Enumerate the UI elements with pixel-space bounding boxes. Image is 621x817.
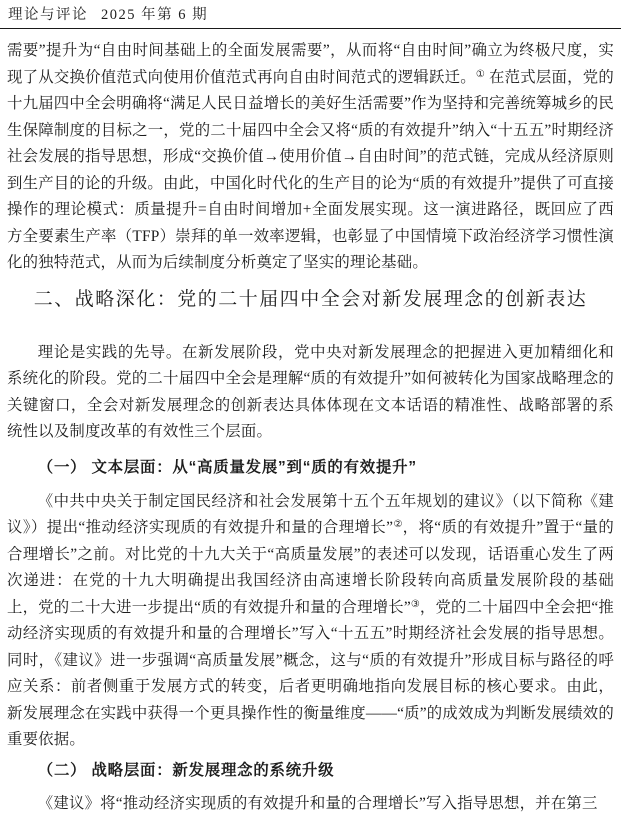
paragraph-4: 《建议》将“推动经济实现质的有效提升和量的合理增长”写入指导思想，并在第三 bbox=[7, 791, 614, 817]
paragraph-3-text-end: ，党的二十届四中全会把“推动经济实现质的有效提升和量的合理增长”写入“十五五”时… bbox=[7, 599, 614, 749]
journal-title: 理论与评论 bbox=[8, 7, 88, 23]
article-body: 需要”提升为“自由时间基础上的全面发展需要”，从而将“自由时间”确立为终极尺度，… bbox=[7, 38, 614, 817]
document-page: 理论与评论2025 年第 6 期 需要”提升为“自由时间基础上的全面发展需要”，… bbox=[0, 0, 621, 817]
footnote-marker-1: ① bbox=[476, 69, 485, 80]
subsection-heading-2: （二） 战略层面：新发展理念的系统升级 bbox=[7, 761, 614, 781]
paragraph-3: 《中共中央关于制定国民经济和社会发展第十五个五年规划的建议》（以下简称《建议》）… bbox=[7, 489, 614, 754]
paragraph-2: 理论是实践的先导。在新发展阶段，党中央对新发展理念的把握进入更加精细化和系统化的… bbox=[7, 340, 614, 446]
header-divider bbox=[0, 28, 621, 29]
paragraph-continued: 需要”提升为“自由时间基础上的全面发展需要”，从而将“自由时间”确立为终极尺度，… bbox=[7, 38, 614, 277]
paragraph-1-text-cont: 在范式层面，党的十九届四中全会明确将“满足人民日益增长的美好生活需要”作为坚持和… bbox=[7, 69, 614, 272]
running-header: 理论与评论2025 年第 6 期 bbox=[7, 5, 614, 28]
footnote-marker-3: ③ bbox=[411, 599, 420, 610]
subsection-heading-1: （一） 文本层面：从“高质量发展”到“质的有效提升” bbox=[7, 458, 614, 478]
footnote-marker-2: ② bbox=[393, 519, 402, 530]
issue-info: 2025 年第 6 期 bbox=[101, 7, 208, 23]
section-heading: 二、战略深化：党的二十届四中全会对新发展理念的创新表达 bbox=[7, 286, 614, 314]
